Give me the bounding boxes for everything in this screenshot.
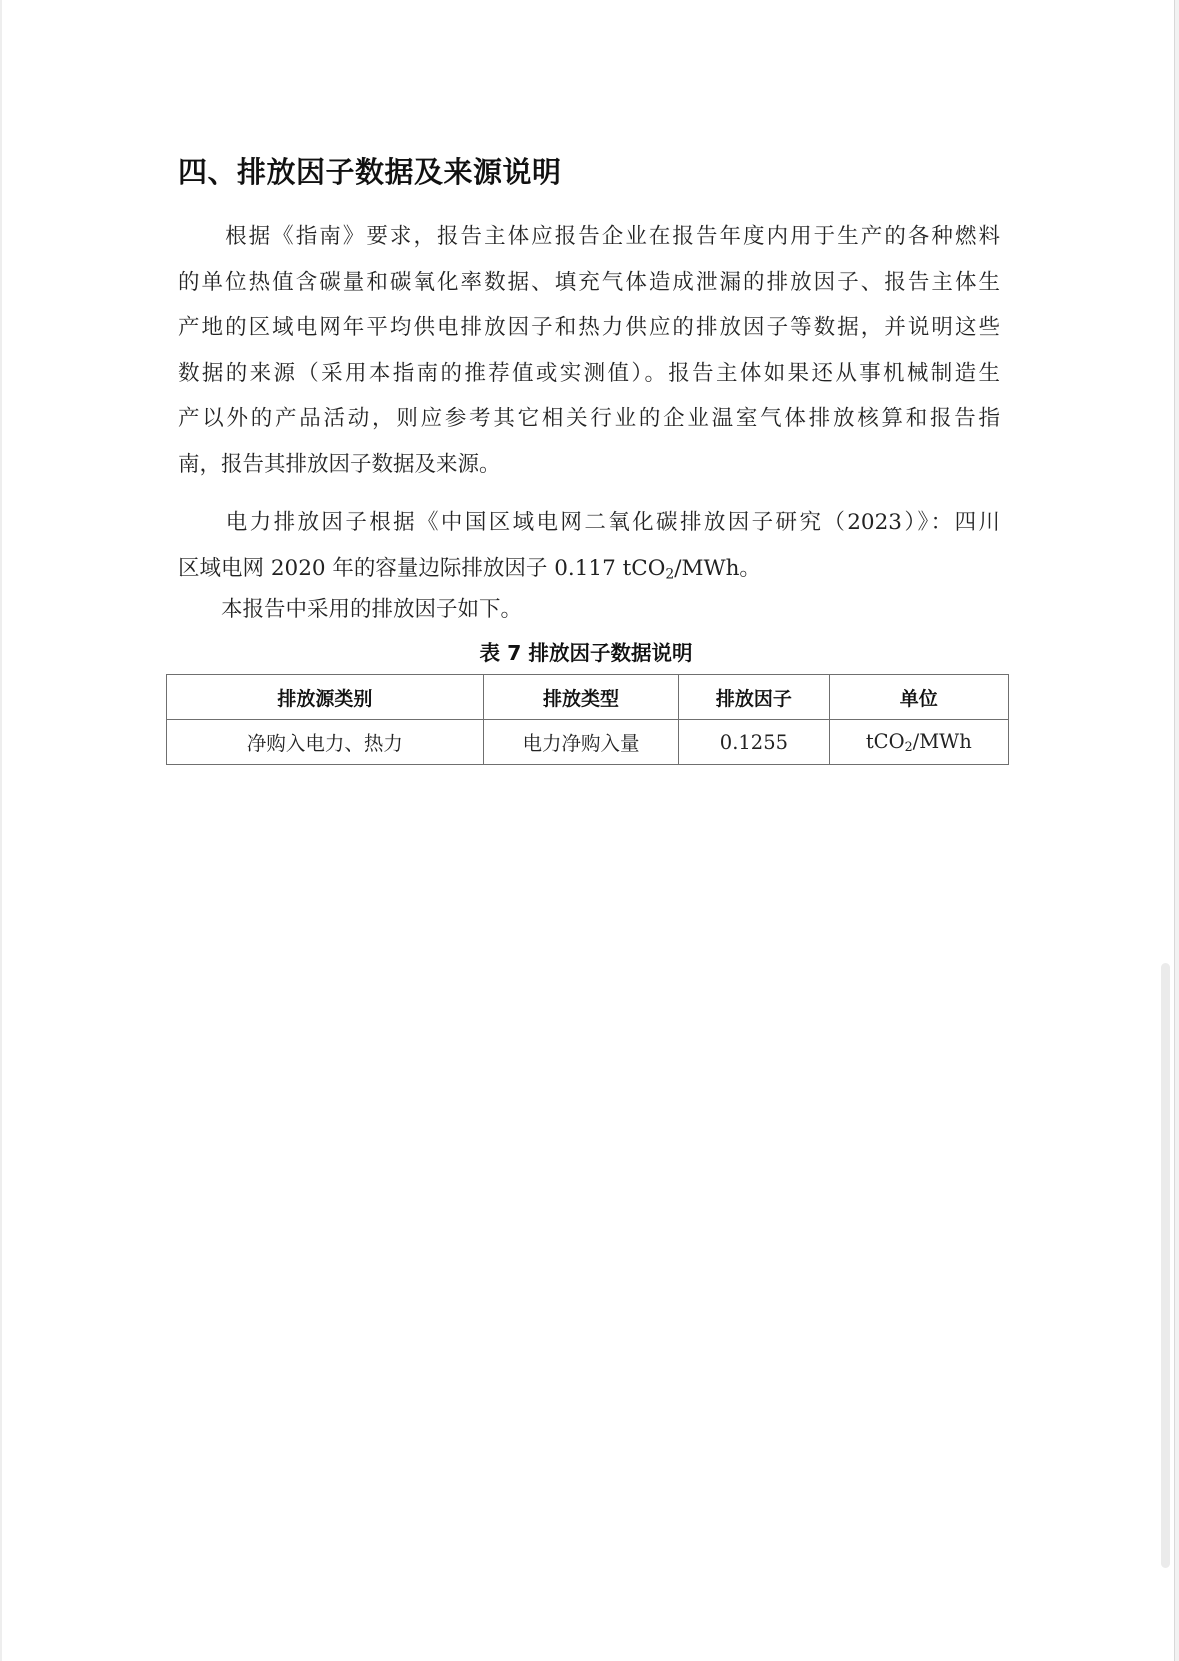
emission-factor-table: 排放源类别 排放类型 排放因子 单位 净购入电力、热力 电力净购入量 0.125… [166,674,1009,765]
paragraph-line: 电力排放因子根据《中国区域电网二氧化碳排放因子研究（2023）》：四川 [178,500,1000,546]
paragraph-line: 区域电网 2020 年的容量边际排放因子 0.117 tCO2/MWh。 [178,546,1000,592]
vertical-scrollbar-thumb[interactable] [1161,963,1170,1568]
paragraph-line: 南，报告其排放因子数据及来源。 [178,442,1000,488]
document-page: 四、排放因子数据及来源说明 根据《指南》要求，报告主体应报告企业在报告年度内用于… [0,0,1172,1661]
header-unit: 单位 [829,675,1008,720]
paragraph-line: 数据的来源（采用本指南的推荐值或实测值）。报告主体如果还从事机械制造生 [178,351,1000,397]
cell-emission-factor: 0.1255 [679,720,829,765]
paragraph-line: 的单位热值含碳量和碳氧化率数据、填充气体造成泄漏的排放因子、报告主体生 [178,260,1000,306]
table-caption: 表 7 排放因子数据说明 [0,636,1172,666]
unit-suffix: /MWh [913,730,972,753]
table-header-row: 排放源类别 排放类型 排放因子 单位 [167,675,1009,720]
page-right-edge [1174,0,1179,1661]
header-emission-factor: 排放因子 [679,675,829,720]
unit-subscript: 2 [905,739,913,754]
cell-unit: tCO2/MWh [829,720,1008,765]
unit-prefix: tCO [866,730,905,753]
paragraph-guideline-requirements: 根据《指南》要求，报告主体应报告企业在报告年度内用于生产的各种燃料 的单位热值含… [178,214,1000,487]
header-emission-type: 排放类型 [483,675,679,720]
paragraph-line: 产地的区域电网年平均供电排放因子和热力供应的排放因子等数据，并说明这些 [178,305,1000,351]
header-source-category: 排放源类别 [167,675,484,720]
cell-source-category: 净购入电力、热力 [167,720,484,765]
table-row: 净购入电力、热力 电力净购入量 0.1255 tCO2/MWh [167,720,1009,765]
text-prefix: 区域电网 2020 年的容量边际排放因子 0.117 tCO [178,556,665,581]
section-heading: 四、排放因子数据及来源说明 [178,150,562,191]
text-suffix: /MWh。 [674,556,761,581]
subscript: 2 [665,566,674,582]
paragraph-line: 本报告中采用的排放因子如下。 [178,587,1000,633]
paragraph-line: 根据《指南》要求，报告主体应报告企业在报告年度内用于生产的各种燃料 [178,214,1000,260]
paragraph-electricity-factor: 电力排放因子根据《中国区域电网二氧化碳排放因子研究（2023）》：四川 区域电网… [178,500,1000,591]
paragraph-line: 产以外的产品活动，则应参考其它相关行业的企业温室气体排放核算和报告指 [178,396,1000,442]
cell-emission-type: 电力净购入量 [483,720,679,765]
paragraph-table-intro: 本报告中采用的排放因子如下。 [178,587,1000,633]
